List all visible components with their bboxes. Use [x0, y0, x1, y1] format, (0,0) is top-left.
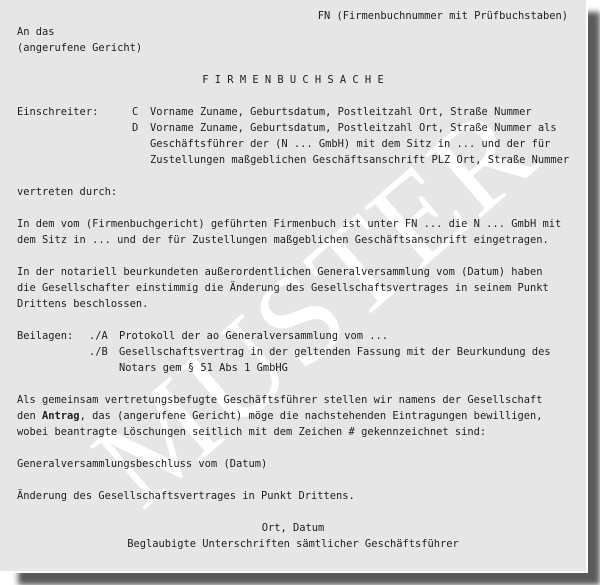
request-keyword: Antrag [42, 410, 80, 422]
applicant-d-line-1: Vorname Zuname, Geburtsdatum, Postleitza… [150, 120, 557, 136]
paragraph-1-line-2: dem Sitz in ... und der für Zustellungen… [17, 232, 549, 248]
applicant-d-line-2: Geschäftsführer der (N ... GmbH) mit dem… [150, 136, 550, 152]
paragraph-2-line-3: Drittens beschlossen. [17, 296, 148, 312]
attachment-mark-a: ./A [89, 328, 108, 344]
applicant-c-line-1: Vorname Zuname, Geburtsdatum, Postleitza… [150, 104, 532, 120]
attachment-b-line-1: Gesellschaftsvertrag in der geltenden Fa… [119, 344, 551, 360]
addressee-line-2: (angerufene Gericht) [17, 40, 142, 56]
amendment-line: Änderung des Gesellschaftsvertrages in P… [17, 488, 355, 504]
request-line-3: wobei beantragte Löschungen seitlich mit… [17, 424, 486, 440]
request-line-1: Als gemeinsam vertretungsbefugte Geschäf… [17, 392, 542, 408]
represented-by: vertreten durch: [17, 184, 117, 200]
attachment-a-line-1: Protokoll der ao Generalversammlung vom … [119, 328, 388, 344]
request-line-2: den Antrag, das (angerufene Gericht) mög… [17, 408, 543, 424]
document-title: F I R M E N B U C H S A C H E [0, 72, 586, 88]
attachment-mark-b: ./B [89, 344, 108, 360]
applicant-letter-c: C [132, 104, 138, 120]
resolution-line: Generalversammlungsbeschluss vom (Datum) [17, 456, 267, 472]
signatures-line: Beglaubigte Unterschriften sämtlicher Ge… [0, 536, 586, 552]
request-line-2-prefix: den [17, 410, 42, 422]
request-line-2-suffix: , das (angerufene Gericht) möge die nach… [80, 410, 543, 422]
applicant-letter-d: D [132, 120, 138, 136]
addressee-line-1: An das [17, 24, 55, 40]
document-page: MUSTER FN (Firmenbuchnummer mit Prüfbuch… [0, 0, 588, 573]
applicants-label: Einschreiter: [17, 104, 98, 120]
applicant-d-line-3: Zustellungen maßgeblichen Geschäftsansch… [150, 152, 569, 168]
fn-line: FN (Firmenbuchnummer mit Prüfbuchstaben) [318, 8, 568, 24]
attachments-label: Beilagen: [17, 328, 73, 344]
paragraph-1-line-1: In dem vom (Firmenbuchgericht) geführten… [17, 216, 561, 232]
attachment-b-line-2: Notars gem § 51 Abs 1 GmbHG [119, 360, 288, 376]
paragraph-2-line-1: In der notariell beurkundeten außerorden… [17, 264, 542, 280]
place-date: Ort, Datum [0, 520, 586, 536]
paragraph-2-line-2: die Gesellschafter einstimmig die Änderu… [17, 280, 549, 296]
